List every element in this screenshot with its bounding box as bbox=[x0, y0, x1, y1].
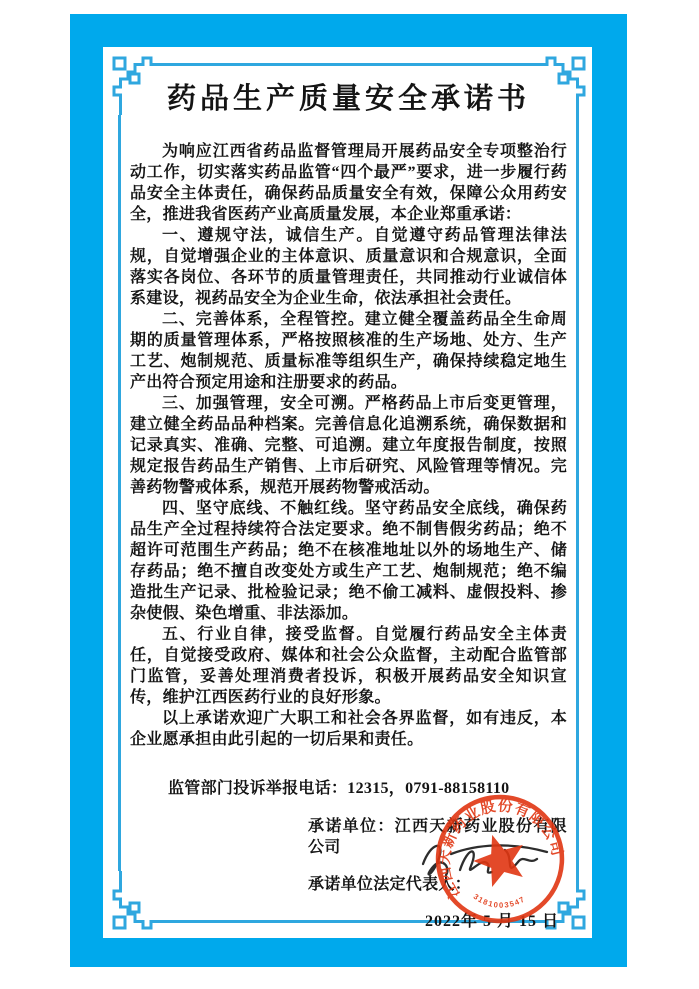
blue-mat-background: 药品生产质量安全承诺书 为响应江西省药品监督管理局开展药品安全专项整治行动工作，… bbox=[70, 14, 627, 967]
paragraph-item-3: 三、加强管理，安全可溯。严格药品上市后变更管理，建立健全药品品种档案。完善信息化… bbox=[130, 393, 567, 498]
paragraph-closing: 以上承诺欢迎广大职工和社会各界监督，如有违反，本企业愿承担由此引起的一切后果和责… bbox=[130, 708, 567, 750]
paragraph-intro: 为响应江西省药品监督管理局开展药品安全专项整治行动工作，切实落实药品监管“四个最… bbox=[130, 141, 567, 225]
paragraph-item-5: 五、行业自律，接受监督。自觉履行药品安全主体责任，自觉接受政府、媒体和社会公众监… bbox=[130, 624, 567, 708]
paragraph-item-2: 二、完善体系，全程管控。建立健全覆盖药品全生命周期的质量管理体系，严格按照核准的… bbox=[130, 309, 567, 393]
paragraph-item-4: 四、坚守底线、不触红线。坚守药品安全底线，确保药品生产全过程持续符合法定要求。绝… bbox=[130, 498, 567, 624]
svg-text:3181003547: 3181003547 bbox=[470, 878, 527, 919]
document-title-text: 药品生产质量安全承诺书 bbox=[167, 83, 530, 115]
seal-star-icon bbox=[467, 827, 532, 890]
paragraph-item-1: 一、遵规守法，诚信生产。自觉遵守药品管理法律法规，自觉增强企业的主体意识、质量意… bbox=[130, 225, 567, 309]
document-title: 药品生产质量安全承诺书 bbox=[130, 83, 567, 116]
paper-page: 药品生产质量安全承诺书 为响应江西省药品监督管理局开展药品安全专项整治行动工作，… bbox=[103, 47, 592, 938]
seal-serial-text: 3181003547 bbox=[470, 878, 527, 919]
